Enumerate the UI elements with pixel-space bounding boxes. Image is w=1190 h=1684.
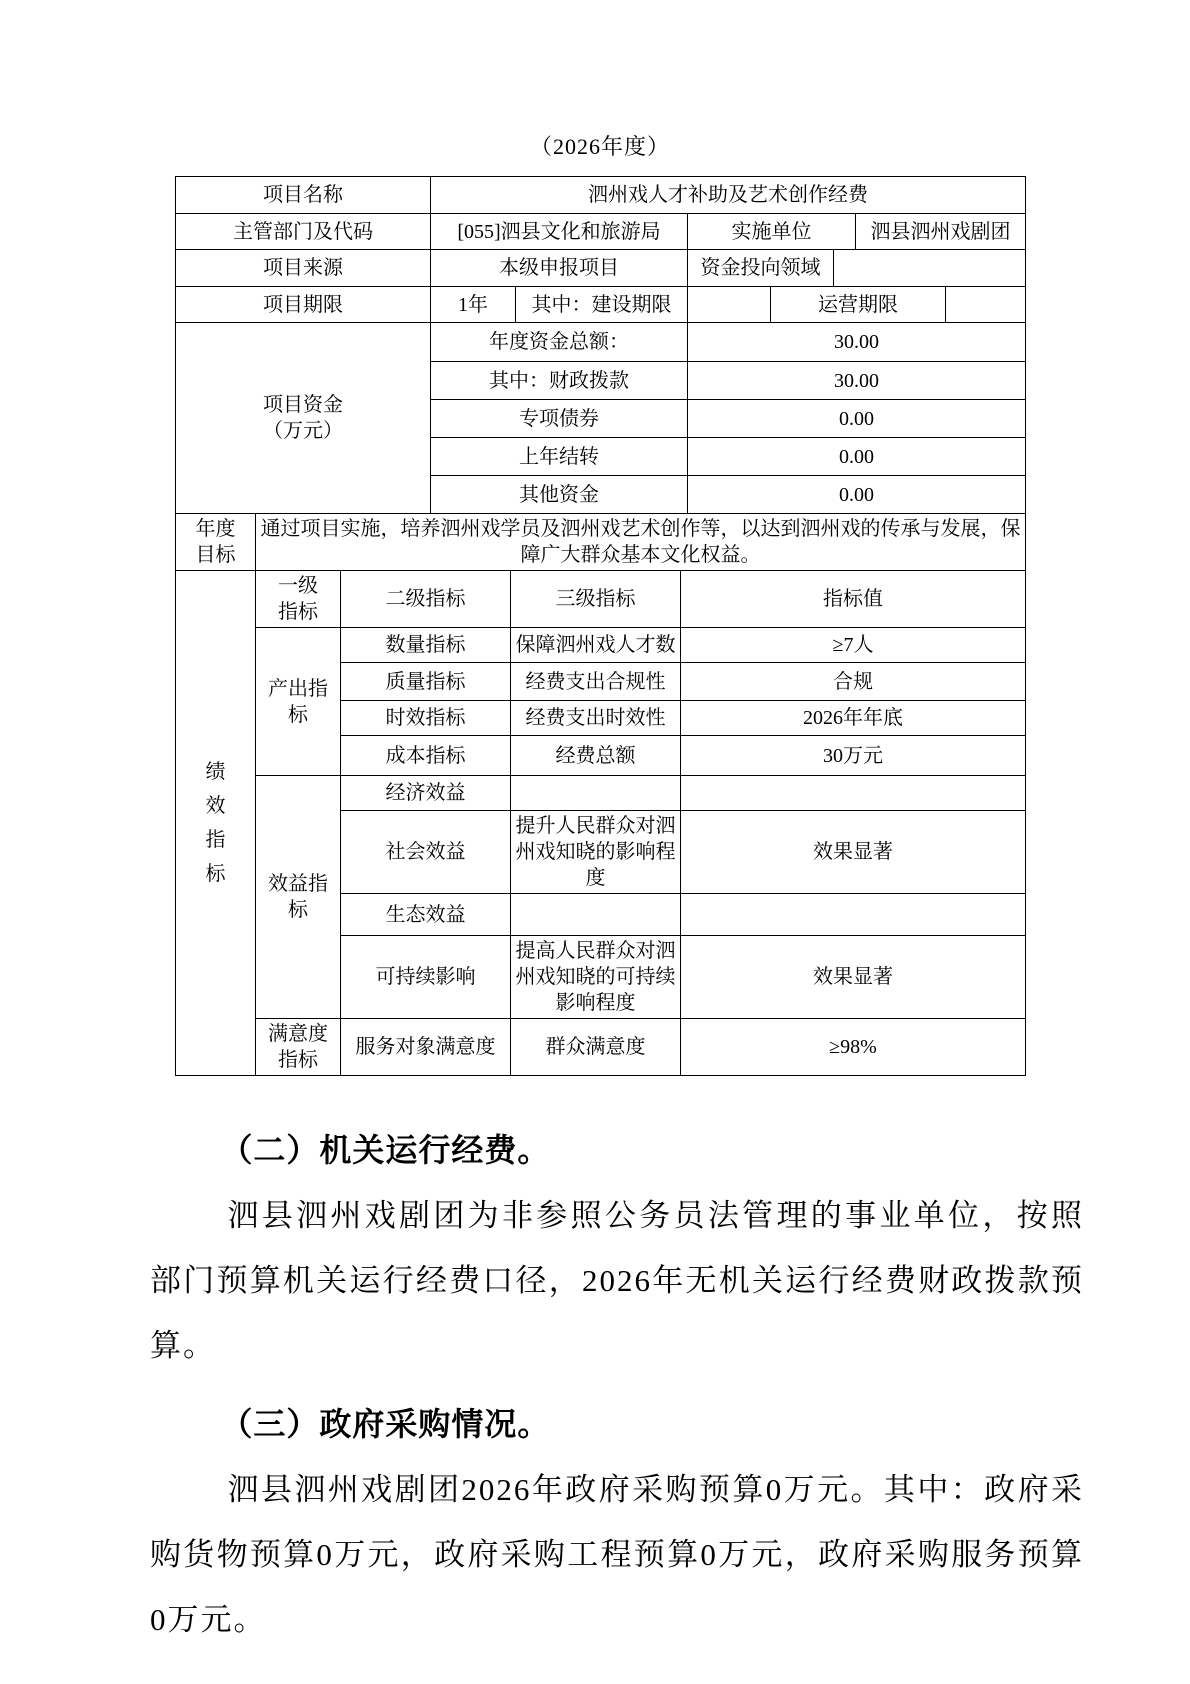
- funds-bond-label: 专项债券: [431, 400, 688, 438]
- document-page: （2026年度） 项目名称 泗州戏人才补助及艺术创作经费 主管部门及代码 [05…: [0, 0, 1190, 1684]
- funds-total-value: 30.00: [688, 323, 1026, 362]
- build-period-label: 其中：建设期限: [516, 287, 688, 323]
- economic-value: [681, 776, 1026, 811]
- cost-value: 30万元: [681, 736, 1026, 776]
- annual-goal-text: 通过项目实施，培养泗州戏学员及泗州戏艺术创作等，以达到泗州戏的传承与发展，保障广…: [256, 514, 1026, 571]
- quality-indicator: 经费支出合规性: [511, 663, 681, 701]
- header-value: 指标值: [681, 571, 1026, 628]
- header-level2: 二级指标: [341, 571, 511, 628]
- funds-other-value: 0.00: [688, 476, 1026, 514]
- operate-period-label: 运营期限: [771, 287, 946, 323]
- output-group-label: 产出指标: [256, 628, 341, 776]
- header-level3: 三级指标: [511, 571, 681, 628]
- ecological-label: 生态效益: [341, 894, 511, 936]
- funds-carryover-label: 上年结转: [431, 438, 688, 476]
- section-government-procurement: （三）政府采购情况。 泗县泗州戏剧团2026年政府采购预算0万元。其中：政府采购…: [150, 1392, 1084, 1652]
- dept-label: 主管部门及代码: [176, 214, 431, 250]
- tables-wrapper: 项目名称 泗州戏人才补助及艺术创作经费 主管部门及代码 [055]泗县文化和旅游…: [175, 176, 1025, 1076]
- ecological-value: [681, 894, 1026, 936]
- funds-fiscal-value: 30.00: [688, 362, 1026, 400]
- section-3-heading: （三）政府采购情况。: [150, 1392, 1084, 1457]
- quality-label: 质量指标: [341, 663, 511, 701]
- social-label: 社会效益: [341, 811, 511, 894]
- row-quantity: 产出指标 数量指标 保障泗州戏人才数 ≥7人: [176, 628, 1026, 663]
- period-value: 1年: [431, 287, 516, 323]
- sustainable-indicator: 提高人民群众对泗州戏知晓的可持续影响程度: [511, 936, 681, 1019]
- timeliness-indicator: 经费支出时效性: [511, 701, 681, 736]
- timeliness-label: 时效指标: [341, 701, 511, 736]
- funds-group-label: 项目资金 （万元）: [176, 323, 431, 514]
- row-dept: 主管部门及代码 [055]泗县文化和旅游局 实施单位 泗县泗州戏剧团: [176, 214, 1026, 250]
- economic-label: 经济效益: [341, 776, 511, 811]
- benefit-group-label: 效益指标: [256, 776, 341, 1019]
- sustainable-value: 效果显著: [681, 936, 1026, 1019]
- document-year-title: （2026年度）: [175, 0, 1025, 162]
- sustainable-label: 可持续影响: [341, 936, 511, 1019]
- satisfaction-group-label-text: 满意度指标: [265, 1021, 332, 1073]
- section-2-paragraph: 泗县泗州戏剧团为非参照公务员法管理的事业单位，按照部门预算机关运行经费口径，20…: [150, 1183, 1084, 1378]
- impl-unit-label: 实施单位: [688, 214, 856, 250]
- impl-unit-value: 泗县泗州戏剧团: [856, 214, 1026, 250]
- quantity-indicator: 保障泗州戏人才数: [511, 628, 681, 663]
- perf-group-label-text: 绩效指标: [202, 755, 229, 891]
- row-period: 项目期限 1年 其中：建设期限 运营期限: [176, 287, 1026, 323]
- row-funds-total: 项目资金 （万元） 年度资金总额： 30.00: [176, 323, 1026, 362]
- output-group-label-text: 产出指标: [265, 676, 332, 728]
- row-annual-goal: 年度目标 通过项目实施，培养泗州戏学员及泗州戏艺术创作等，以达到泗州戏的传承与发…: [176, 514, 1026, 571]
- quantity-value: ≥7人: [681, 628, 1026, 663]
- body-text: （二）机关运行经费。 泗县泗州戏剧团为非参照公务员法管理的事业单位，按照部门预算…: [150, 1118, 1084, 1652]
- quantity-label: 数量指标: [341, 628, 511, 663]
- annual-goal-label-text: 年度目标: [192, 516, 239, 568]
- annual-goal-label: 年度目标: [176, 514, 256, 571]
- invest-field-label: 资金投向领域: [688, 250, 834, 287]
- invest-field-value: [834, 250, 1026, 287]
- benefit-group-label-text: 效益指标: [265, 871, 332, 923]
- row-project-name: 项目名称 泗州戏人才补助及艺术创作经费: [176, 177, 1026, 214]
- row-satisfaction: 满意度指标 服务对象满意度 群众满意度 ≥98%: [176, 1019, 1026, 1076]
- source-label: 项目来源: [176, 250, 431, 287]
- satisfaction-indicator: 群众满意度: [511, 1019, 681, 1076]
- economic-indicator: [511, 776, 681, 811]
- quality-value: 合规: [681, 663, 1026, 701]
- cost-indicator: 经费总额: [511, 736, 681, 776]
- section-2-heading: （二）机关运行经费。: [150, 1118, 1084, 1183]
- funds-total-label: 年度资金总额：: [431, 323, 688, 362]
- dept-code-value: [055]泗县文化和旅游局: [431, 214, 688, 250]
- perf-group-label: 绩效指标: [176, 571, 256, 1076]
- cost-label: 成本指标: [341, 736, 511, 776]
- operate-period-value: [946, 287, 1026, 323]
- funds-other-label: 其他资金: [431, 476, 688, 514]
- row-perf-header: 绩效指标 一级指标 二级指标 三级指标 指标值: [176, 571, 1026, 628]
- project-info-table: 项目名称 泗州戏人才补助及艺术创作经费 主管部门及代码 [055]泗县文化和旅游…: [175, 176, 1026, 571]
- satisfaction-value: ≥98%: [681, 1019, 1026, 1076]
- timeliness-value: 2026年年底: [681, 701, 1026, 736]
- social-indicator: 提升人民群众对泗州戏知晓的影响程度: [511, 811, 681, 894]
- project-name-label: 项目名称: [176, 177, 431, 214]
- row-source: 项目来源 本级申报项目 资金投向领域: [176, 250, 1026, 287]
- period-label: 项目期限: [176, 287, 431, 323]
- funds-fiscal-label: 其中：财政拨款: [431, 362, 688, 400]
- header-level1-text: 一级指标: [275, 573, 322, 625]
- source-value: 本级申报项目: [431, 250, 688, 287]
- build-period-value: [688, 287, 771, 323]
- row-economic: 效益指标 经济效益: [176, 776, 1026, 811]
- funds-bond-value: 0.00: [688, 400, 1026, 438]
- satisfaction-group-label: 满意度指标: [256, 1019, 341, 1076]
- funds-group-label-text: 项目资金 （万元）: [263, 394, 343, 442]
- funds-carryover-value: 0.00: [688, 438, 1026, 476]
- satisfaction-label: 服务对象满意度: [341, 1019, 511, 1076]
- section-3-paragraph: 泗县泗州戏剧团2026年政府采购预算0万元。其中：政府采购货物预算0万元，政府采…: [150, 1457, 1084, 1652]
- project-name-value: 泗州戏人才补助及艺术创作经费: [431, 177, 1026, 214]
- header-level1: 一级指标: [256, 571, 341, 628]
- social-value: 效果显著: [681, 811, 1026, 894]
- section-agency-operating-funds: （二）机关运行经费。 泗县泗州戏剧团为非参照公务员法管理的事业单位，按照部门预算…: [150, 1118, 1084, 1378]
- performance-indicator-table: 绩效指标 一级指标 二级指标 三级指标 指标值 产出指标 数量指标 保障泗州戏人…: [175, 570, 1026, 1076]
- ecological-indicator: [511, 894, 681, 936]
